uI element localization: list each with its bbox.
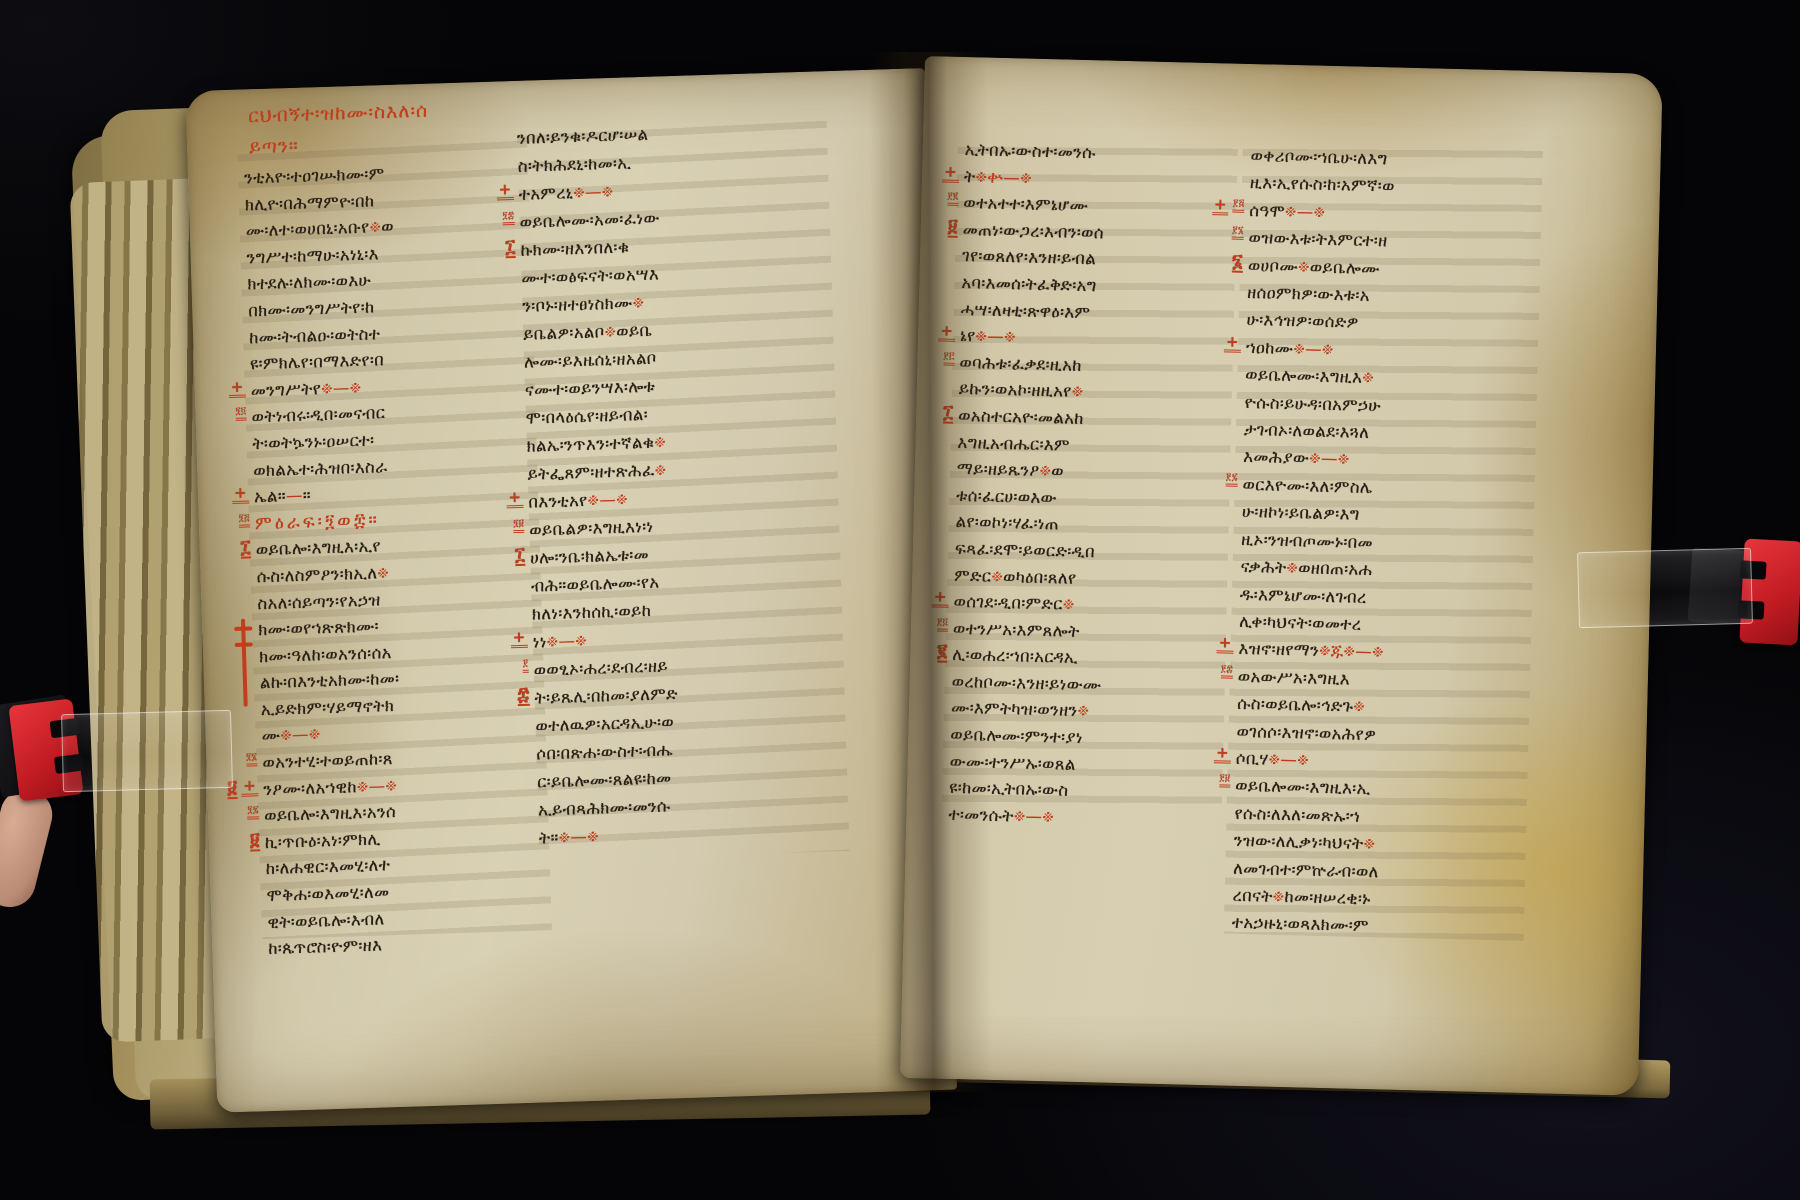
rubric-text: ፠	[654, 432, 666, 451]
margin-cross-mark: +	[228, 379, 246, 398]
marginalia: ፻፯	[1226, 471, 1243, 486]
finger	[0, 783, 58, 912]
margin-cross-mark: +	[1217, 636, 1234, 654]
margin-num-mark: ፻፱	[1219, 773, 1231, 788]
margin-cross-mark: +	[506, 490, 524, 509]
marginalia: ፱	[948, 217, 963, 237]
rubric-text: ፠	[1353, 697, 1365, 716]
rubric-text: ፠	[1273, 887, 1285, 906]
rubric-text: ፠—፠	[546, 631, 587, 651]
marginalia: ፲	[943, 403, 958, 423]
chapter-heading-line: ይጣን።	[249, 127, 430, 164]
text-column: ንበለ፡ይንቁ፡ዶርሆ፡ሠልስ፡ትክሕደኒ፡ከመ፡ኢ+ተአምረኒ፠—፠፺፰ወይቤ…	[517, 115, 846, 852]
marginalia: +	[942, 164, 964, 183]
margin-num-mark: ፻፯	[1226, 471, 1238, 486]
margin-num-mark: ፻፫	[943, 350, 955, 365]
margin-tall-mark	[241, 619, 248, 707]
margin-cross-mark: +	[942, 164, 959, 182]
marginalia: ፻፬	[937, 616, 954, 631]
margin-num-mark: ፻፰	[1221, 663, 1234, 678]
rubric-text: ፠—፠	[573, 182, 614, 202]
rubric-text: ፠—፠	[1014, 806, 1055, 826]
rubric-text: ፠—፠	[558, 827, 599, 847]
margin-big-mark: ፱	[948, 217, 958, 237]
chapter-heading-line: ርህብኝተ፡ዝከሙ፡ስእለ፡ሰ	[248, 96, 429, 133]
margin-big-mark: ፲	[943, 403, 953, 423]
marginalia: +	[932, 589, 954, 608]
marginalia: ፪	[937, 643, 953, 663]
rubric-text: ፠—፠	[1309, 449, 1350, 469]
marginalia: +	[1214, 745, 1236, 764]
margin-cross-mark: +	[496, 182, 514, 201]
marginalia: ፺፰	[502, 210, 519, 226]
margin-num-mark: ፻፭	[1233, 197, 1245, 212]
marginalia: +	[232, 485, 255, 504]
rubric-text: ፠	[975, 167, 987, 186]
margin-big-mark: ፲	[505, 238, 516, 258]
margin-num-mark: ፻	[523, 658, 529, 673]
margin-cross-mark: +	[1214, 745, 1231, 763]
marginalia: ፰	[517, 686, 535, 707]
margin-big-mark: ፮	[1232, 252, 1243, 272]
margin-num-mark: ፺፯	[247, 805, 259, 820]
margin-num-mark: ፻፬	[937, 616, 949, 631]
margin-cross-mark: +	[1224, 334, 1241, 352]
marginalia: +	[510, 630, 533, 649]
marginalia: ፺፱	[513, 518, 529, 533]
marginalia: ፮	[1232, 252, 1248, 272]
marginalia: ፻፪	[947, 191, 964, 206]
chapter-heading: ርህብኝተ፡ዝከሙ፡ስእለ፡ሰይጣን።	[248, 96, 430, 164]
marginalia: ፲	[505, 238, 521, 258]
margin-num-mark: ፺፬	[235, 406, 247, 421]
rubric-text: ፠—፠	[975, 326, 1016, 346]
rubric-text: ፠—፠	[1268, 750, 1309, 770]
marginalia: ፻፮	[1232, 225, 1249, 240]
marginalia: ፻፫	[943, 350, 960, 365]
margin-num-mark: ፻፪	[947, 191, 959, 206]
page-right: ኢትበኡ፡ውስተ፡መንሱ+ት፠ቍ—፠፻፪ወተአተተ፡እምኔሆሙ፱መጠነ፡ውጋረ፡…	[900, 56, 1663, 1096]
page-left: ርህብኝተ፡ዝከሙ፡ስእለ፡ሰይጣን። ንቲአዮ፡ተዐገሡክሙ፡ምክሊዮ፡በሕማ…	[185, 68, 957, 1113]
margin-num-mark: ፺፱	[513, 518, 524, 533]
marginalia: ፲	[240, 539, 256, 559]
rubric-text: ፠	[1363, 834, 1375, 853]
margin-cross-mark: +	[938, 324, 955, 342]
rubric-text: —	[286, 486, 303, 506]
marginalia: ፺፮	[246, 751, 263, 767]
margin-num-mark: ፺፮	[246, 751, 258, 766]
margin-cross-mark: +	[932, 589, 949, 607]
marginalia: +	[228, 379, 251, 398]
rubric-text: ፠	[632, 293, 644, 312]
rubric-text: ምዕራፍ፡፺ወ፰።	[255, 509, 381, 534]
marginalia: ፺፭	[238, 512, 255, 528]
manuscript-photo: ርህብኝተ፡ዝከሙ፡ስእለ፡ሰይጣን። ንቲአዮ፡ተዐገሡክሙ፡ምክሊዮ፡በሕማ…	[0, 0, 1800, 1200]
margin-big-mark: ፲	[240, 539, 251, 559]
right-acrylic-strip	[1577, 548, 1753, 629]
margin-num-mark: ፻፮	[1232, 225, 1244, 240]
rubric-text: ፠	[1298, 257, 1310, 276]
marginalia: ፺፯	[247, 804, 264, 820]
marginalia: ፻	[523, 658, 534, 673]
marginalia: ፱	[250, 831, 266, 851]
margin-cross-mark: +	[241, 778, 259, 797]
marginalia: +	[1217, 636, 1239, 655]
rubric-text: ፠—፠	[1293, 339, 1334, 359]
rubric-text: ፠—፠	[357, 776, 398, 796]
margin-cross-mark: +	[510, 630, 528, 649]
text-line: ተ፡መንሱት፠—፠	[948, 802, 1229, 835]
left-acrylic-strip	[61, 710, 233, 792]
marginalia: +	[496, 182, 519, 201]
margin-num-mark: ፺፰	[502, 210, 514, 225]
rubric-text: ፠	[991, 566, 1003, 585]
rubric-text: ፠—፠	[587, 490, 628, 510]
rubric-text: ፠	[1362, 368, 1374, 387]
margin-big-mark: ፲	[515, 546, 526, 566]
rubric-text: ፠	[604, 322, 616, 341]
rubric-text: ፠—፠	[1285, 202, 1326, 222]
rubric-text: ፠	[654, 460, 666, 479]
rubric-text: ፠	[1039, 461, 1051, 480]
marginalia: ፻፰	[1221, 663, 1239, 678]
marginalia: +	[506, 490, 529, 509]
margin-cross-mark: +	[232, 486, 250, 505]
marginalia	[233, 618, 261, 707]
marginalia: ፺፬	[235, 406, 252, 421]
rubric-text: ፠	[1077, 701, 1089, 720]
marginalia: +፻፭	[1212, 197, 1250, 216]
marginalia: ፲	[515, 546, 531, 566]
rubric-text: ፠	[377, 563, 389, 582]
rubric-text: ፠	[1063, 595, 1075, 614]
rubric-text: ፠	[1286, 558, 1298, 577]
rubric-text: ፠—፠	[280, 725, 321, 745]
margin-cross-mark: +	[1212, 197, 1229, 215]
marginalia: ፻፱	[1219, 773, 1236, 788]
rubric-text: ፠	[369, 217, 381, 236]
marginalia: +	[1224, 334, 1246, 353]
text-line: ተአኃዙኒ፡ወጻእክሙ፡ም	[1232, 909, 1525, 944]
rubric-text: ፠—፠	[321, 378, 362, 398]
marginalia: +	[938, 324, 960, 343]
margin-big-mark: ፪	[937, 643, 948, 663]
rubric-text: ፠	[1072, 382, 1084, 401]
rubric-text: ፠ጁ፠—፠	[1319, 641, 1384, 662]
text-column: ንቲአዮ፡ተዐገሡክሙ፡ምክሊዮ፡በሕማምዮ፡በከሙ፡ለተ፡ወሀበኒ፡አቡየ፠ወ…	[244, 157, 549, 963]
rubric-text: ቍ—፠	[987, 167, 1032, 187]
text-column: ኢትበኡ፡ውስተ፡መንሱ+ት፠ቍ—፠፻፪ወተአተተ፡እምኔሆሙ፱መጠነ፡ውጋረ፡…	[948, 137, 1245, 835]
margin-num-mark: ፺፭	[238, 512, 250, 527]
margin-big-mark: ፱	[250, 831, 261, 851]
margin-big-mark: ፰	[517, 686, 530, 706]
text-column: ወቀሪቦሙ፡ኀቤሁ፡ለእግዚእ፡ኢየሱስ፡ከ፡አምኛ፡ወ+፻፭ሰዓሞ፠—፠፻፮ወ…	[1232, 142, 1543, 944]
